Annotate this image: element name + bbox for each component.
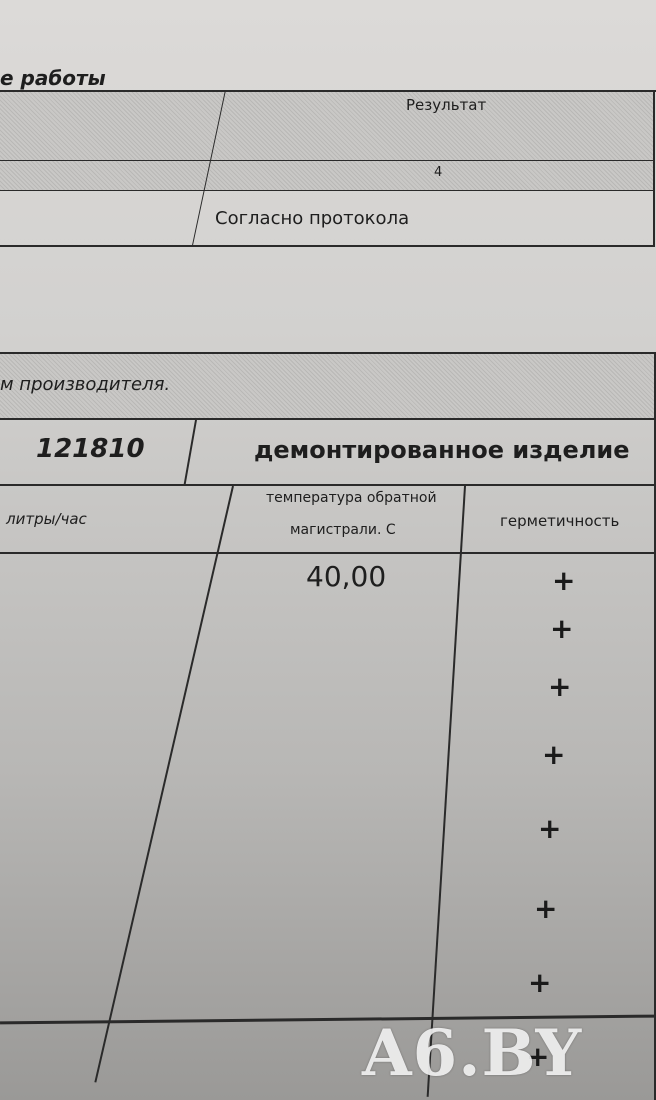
col-return-temp-1: температура обратной [266, 490, 437, 506]
result-value: Согласно протокола [215, 208, 409, 229]
tightness-mark: + [542, 738, 565, 771]
col-return-temp-2: магистрали. С [290, 522, 396, 538]
tightness-mark: + [538, 812, 561, 845]
manufacturer-header-text: м производителя. [0, 374, 170, 395]
watermark: A6.BY [362, 1016, 582, 1091]
tightness-mark: + [552, 564, 575, 597]
tightness-mark: + [550, 612, 573, 645]
column-number: 4 [434, 165, 442, 180]
serial-number: 121810 [36, 434, 145, 464]
result-header: Результат [406, 96, 486, 114]
section-title: е работы [0, 66, 106, 90]
col-tightness: герметичность [500, 512, 619, 530]
results-table-header [0, 90, 654, 190]
return-temp-value: 40,00 [306, 560, 386, 593]
item-status: демонтированное изделие [254, 436, 630, 464]
tightness-mark: + [528, 966, 551, 999]
col-flow: литры/час [6, 510, 87, 528]
tightness-mark: + [548, 670, 571, 703]
tightness-mark: + [534, 892, 557, 925]
